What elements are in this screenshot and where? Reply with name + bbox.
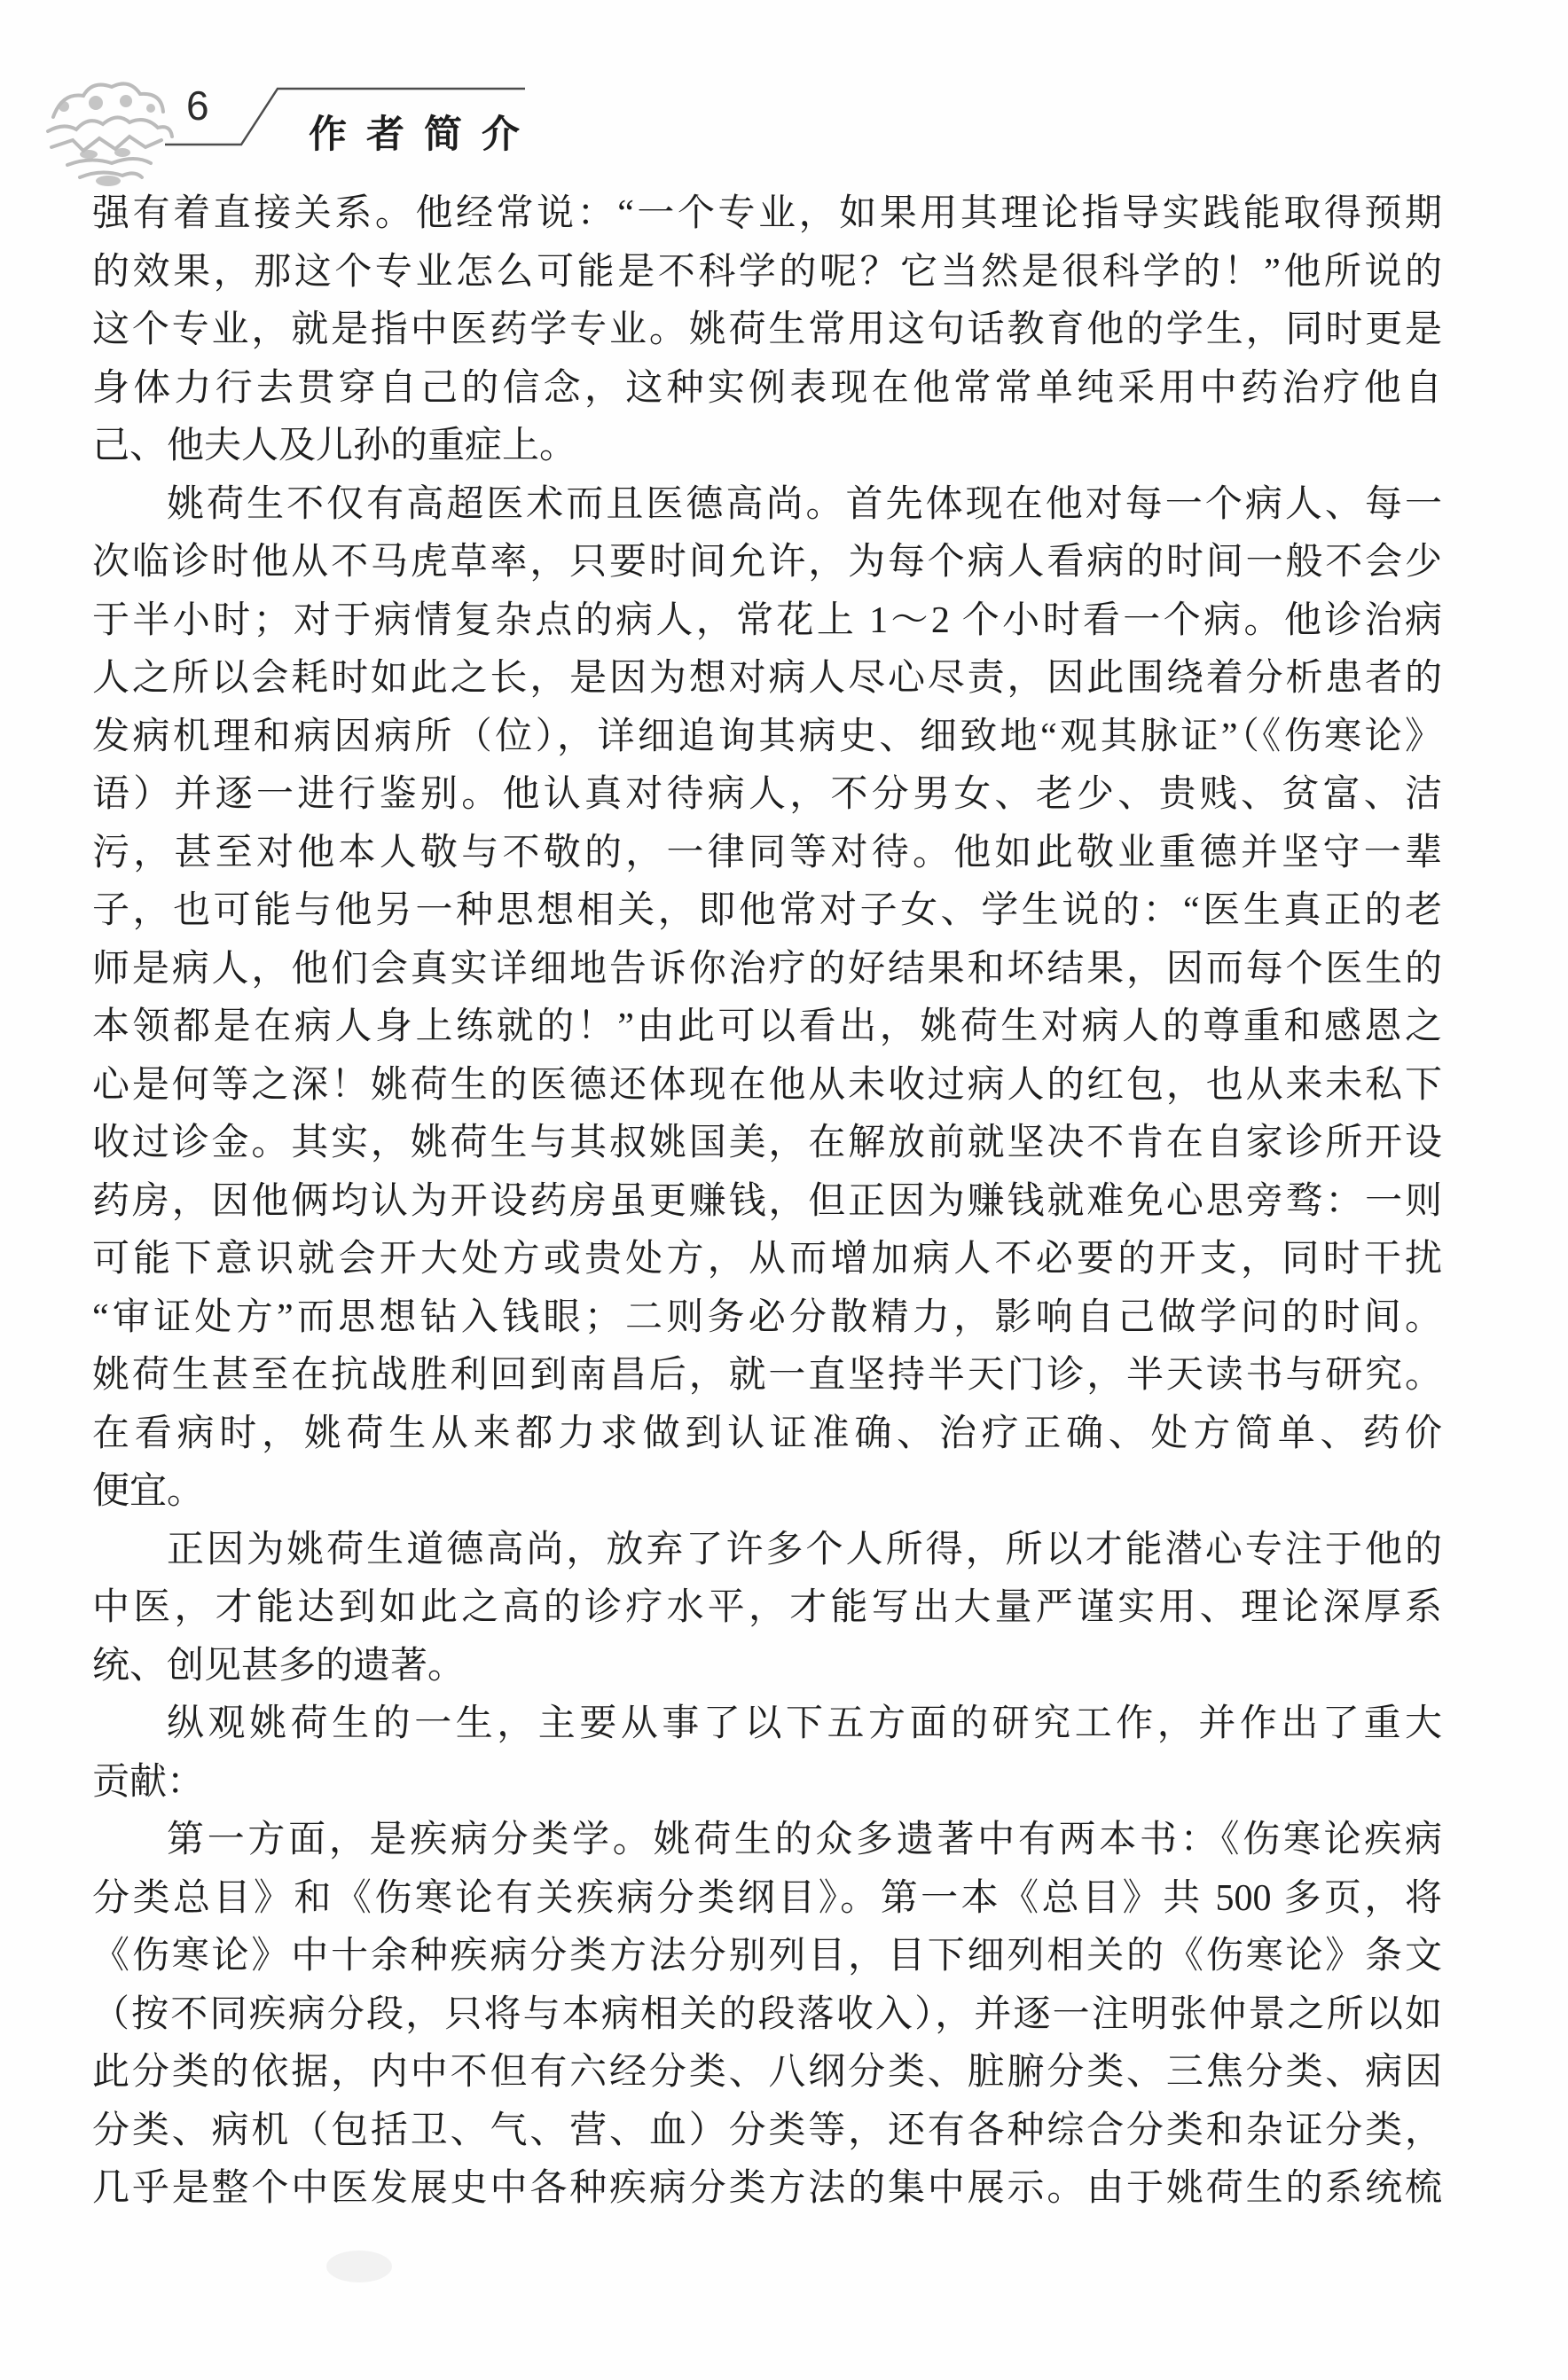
text-line: 心是何等之深！姚荷生的医德还体现在他从未收过病人的红包，也从来未私下 <box>92 1057 1442 1116</box>
text-line: 强有着直接关系。他经常说：“一个专业，如果用其理论指导实践能取得预期 <box>92 185 1442 244</box>
text-line: 中医，才能达到如此之高的诊疗水平，才能写出大量严谨实用、理论深厚系 <box>92 1579 1442 1638</box>
text-line: 统、创见甚多的遗著。 <box>92 1638 1442 1696</box>
text-line: （按不同疾病分段，只将与本病相关的段落收入），并逐一注明张仲景之所以如 <box>92 1986 1442 2045</box>
text-line: 第一方面，是疾病分类学。姚荷生的众多遗著中有两本书：《伤寒论疾病 <box>92 1812 1442 1870</box>
text-line: 师是病人，他们会真实详细地告诉你治疗的好结果和坏结果，因而每个医生的 <box>92 941 1442 999</box>
text-line: 贡献： <box>92 1754 1442 1812</box>
text-line: 收过诊金。其实，姚荷生与其叔姚国美，在解放前就坚决不肯在自家诊所开设 <box>92 1115 1442 1173</box>
text-line: “审证处方”而思想钻入钱眼；二则务必分散精力，影响自己做学问的时间。 <box>92 1289 1442 1348</box>
page-body-text: 强有着直接关系。他经常说：“一个专业，如果用其理论指导实践能取得预期的效果，那这… <box>92 185 1442 2219</box>
text-line: 纵观姚荷生的一生，主要从事了以下五方面的研究工作，并作出了重大 <box>92 1695 1442 1754</box>
text-line: 人之所以会耗时如此之长，是因为想对病人尽心尽责，因此围绕着分析患者的 <box>92 650 1442 709</box>
text-line: 的效果，那这个专业怎么可能是不科学的呢？它当然是很科学的！”他所说的 <box>92 244 1442 302</box>
book-page: 6 作者简介 强有着直接关系。他经常说：“一个专业，如果用其理论指导实践能取得预… <box>0 0 1568 2380</box>
text-line: 分类、病机（包括卫、气、营、血）分类等，还有各种综合分类和杂证分类， <box>92 2102 1442 2161</box>
section-title: 作者简介 <box>309 114 539 158</box>
text-line: 姚荷生不仅有高超医术而且医德高尚。首先体现在他对每一个病人、每一 <box>92 476 1442 535</box>
text-line: 己、他夫人及儿孙的重症上。 <box>92 418 1442 476</box>
text-line: 子，也可能与他另一种思想相关，即他常对子女、学生说的：“医生真正的老 <box>92 882 1442 941</box>
text-line: 分类总目》和《伤寒论有关疾病分类纲目》。第一本《总目》共 500 多页，将 <box>92 1870 1442 1929</box>
text-line: 药房，因他俩均认为开设药房虽更赚钱，但正因为赚钱就难免心思旁骛：一则 <box>92 1173 1442 1232</box>
text-line: 可能下意识就会开大处方或贵处方，从而增加病人不必要的开支，同时干扰 <box>92 1231 1442 1289</box>
text-line: 本领都是在病人身上练就的！”由此可以看出，姚荷生对病人的尊重和感恩之 <box>92 998 1442 1057</box>
header-rule-line <box>0 0 674 204</box>
text-line: 正因为姚荷生道德高尚，放弃了许多个人所得，所以才能潜心专注于他的 <box>92 1522 1442 1580</box>
text-line: 此分类的依据，内中不但有六经分类、八纲分类、脏腑分类、三焦分类、病因 <box>92 2044 1442 2102</box>
text-line: 语）并逐一进行鉴别。他认真对待病人，不分男女、老少、贵贱、贫富、洁 <box>92 766 1442 825</box>
text-line: 《伤寒论》中十余种疾病分类方法分别列目，目下细列相关的《伤寒论》条文 <box>92 1928 1442 1986</box>
text-line: 发病机理和病因病所（位），详细追询其病史、细致地“观其脉证”（《伤寒论》 <box>92 709 1442 767</box>
scan-smudge <box>326 2251 392 2282</box>
text-line: 几乎是整个中医发展史中各种疾病分类方法的集中展示。由于姚荷生的系统梳 <box>92 2160 1442 2219</box>
text-line: 次临诊时他从不马虎草率，只要时间允许，为每个病人看病的时间一般不会少 <box>92 534 1442 592</box>
text-line: 在看病时，姚荷生从来都力求做到认证准确、治疗正确、处方简单、药价 <box>92 1405 1442 1464</box>
text-line: 身体力行去贯穿自己的信念，这种实例表现在他常常单纯采用中药治疗他自 <box>92 360 1442 419</box>
text-line: 于半小时；对于病情复杂点的病人，常花上 1～2 个小时看一个病。他诊治病 <box>92 592 1442 651</box>
text-line: 这个专业，就是指中医药学专业。姚荷生常用这句话教育他的学生，同时更是 <box>92 301 1442 360</box>
text-line: 便宜。 <box>92 1463 1442 1522</box>
text-line: 姚荷生甚至在抗战胜利回到南昌后，就一直坚持半天门诊，半天读书与研究。 <box>92 1347 1442 1405</box>
text-line: 污，甚至对他本人敬与不敬的，一律同等对待。他如此敬业重德并坚守一辈 <box>92 825 1442 883</box>
